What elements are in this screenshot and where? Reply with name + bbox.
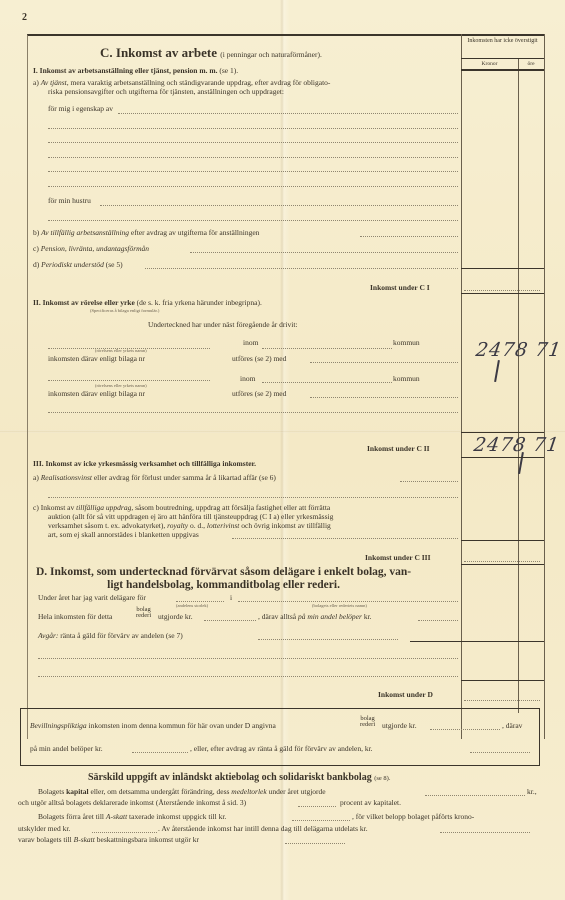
c-ii-income-1-field[interactable] bbox=[310, 362, 458, 363]
d-total-share: , därav alltså på min andel belöper kr. bbox=[258, 612, 372, 621]
d-box-field-1[interactable] bbox=[430, 729, 500, 730]
d-total-sum-field[interactable] bbox=[464, 700, 540, 701]
c-i-a-self-field-5[interactable] bbox=[48, 171, 458, 172]
c-ii-total-label: Inkomst under C II bbox=[367, 444, 430, 453]
c-iii-b-field[interactable] bbox=[48, 497, 458, 498]
special-dividend-field[interactable] bbox=[440, 832, 530, 833]
d-share-caption: (andelens storlek) bbox=[176, 603, 208, 608]
c-i-total-rule bbox=[461, 293, 544, 294]
c-i-a-self-field-2[interactable] bbox=[48, 128, 458, 129]
c-ii-extra-field[interactable] bbox=[48, 412, 458, 413]
special-line-5: varav bolagets till B-skatt beskattnings… bbox=[18, 835, 199, 844]
c-ii-heading: II. Inkomst av rörelse eller yrke (de s.… bbox=[33, 298, 262, 307]
special-line-4-b: . Av återstående inkomst har intill denn… bbox=[158, 824, 368, 833]
c-iii-c-field[interactable] bbox=[232, 538, 458, 539]
c-iii-sum-rule bbox=[461, 540, 544, 541]
c-ii-inom-1: inom bbox=[243, 338, 258, 347]
c-iii-total-field[interactable] bbox=[464, 561, 540, 562]
c-ii-income-1-label: inkomsten därav enligt bilaga nr bbox=[48, 354, 145, 363]
d-share-field[interactable] bbox=[176, 601, 224, 602]
c-ii-business-2-caption: (rörelsens eller yrkets namn) bbox=[95, 383, 147, 388]
c-ii-sum-rule bbox=[461, 432, 544, 433]
c-iii-total-label: Inkomst under C III bbox=[365, 553, 431, 562]
d-bolag-rederi-stack: bolag rederi bbox=[136, 607, 151, 619]
section-d-title: D. Inkomst, som undertecknad förvärvat s… bbox=[36, 566, 411, 592]
c-i-d-field[interactable] bbox=[145, 268, 458, 269]
d-deduct-rule bbox=[410, 641, 544, 642]
c-iii-c-line2: auktion (allt för så vitt uppdragen ej ä… bbox=[48, 512, 333, 521]
c-iii-c-line4: art, som ej skall annorstädes i blankett… bbox=[48, 530, 199, 539]
d-box-field-2[interactable] bbox=[132, 752, 188, 753]
c-i-a-self-field-6[interactable] bbox=[48, 186, 458, 187]
d-company-field[interactable] bbox=[238, 601, 458, 602]
c-ii-income-2-field[interactable] bbox=[310, 397, 458, 398]
c-ii-kommun-2: kommun bbox=[393, 374, 420, 383]
col-ore-label: öre bbox=[518, 61, 544, 67]
c-iii-heading: III. Inkomst av icke yrkesmässig verksam… bbox=[33, 459, 256, 468]
c-ii-business-1-caption: (rörelsens eller yrkets namn) bbox=[95, 348, 147, 353]
c-ii-utfores-2: utföres (se 2) med bbox=[232, 389, 286, 398]
special-section-title: Särskild uppgift av inländskt aktiebolag… bbox=[88, 772, 390, 783]
col-kronor-label: Kronor bbox=[461, 61, 518, 67]
c-i-a-self-field-3[interactable] bbox=[48, 142, 458, 143]
c-ii-business-2-field[interactable] bbox=[48, 380, 210, 381]
d-extra-field-2[interactable] bbox=[38, 676, 458, 677]
d-box-line2-b: , eller, efter avdrag av ränta å gäld fö… bbox=[190, 744, 373, 753]
d-box-utgjorde: utgjorde kr. bbox=[382, 721, 417, 730]
special-b-tax-field[interactable] bbox=[285, 843, 345, 844]
c-ii-entry-1-amount: 2478 71 bbox=[474, 339, 563, 361]
c-i-a-self-label: för mig i egenskap av bbox=[48, 104, 113, 113]
c-i-a-wife-field[interactable] bbox=[100, 205, 458, 206]
special-a-tax-field[interactable] bbox=[292, 820, 350, 821]
special-line-2-b: procent av kapitalet. bbox=[340, 798, 401, 807]
c-ii-kommun-2-field[interactable] bbox=[262, 382, 392, 383]
amount-header-rule bbox=[461, 58, 544, 59]
c-i-total-field[interactable] bbox=[464, 290, 540, 291]
c-i-b-field[interactable] bbox=[360, 236, 458, 237]
c-iii-c-line3: verksamhet såsom t. ex. advokatyrket), r… bbox=[48, 521, 331, 530]
d-share-amount-field[interactable] bbox=[418, 620, 458, 621]
c-i-a-line1: a) Av tjänst, mera varaktig arbetsanstäl… bbox=[33, 78, 330, 87]
c-i-c-field[interactable] bbox=[190, 252, 458, 253]
special-percent-field[interactable] bbox=[298, 806, 336, 807]
c-i-a-wife-label: för min hustru bbox=[48, 196, 91, 205]
d-extra-field-1[interactable] bbox=[38, 658, 458, 659]
special-kr: kr., bbox=[527, 787, 537, 796]
special-line-4: utskylder med kr. bbox=[18, 824, 70, 833]
d-box-darav: , därav bbox=[502, 721, 522, 730]
c-iii-a-line: a) Realisationsvinst eller avdrag för fö… bbox=[33, 473, 276, 482]
c-ii-utfores-1: utföres (se 2) med bbox=[232, 354, 286, 363]
c-iii-total-rule bbox=[461, 564, 544, 565]
d-total-utgjorde: utgjorde kr. bbox=[158, 612, 193, 621]
c-i-a-self-field-4[interactable] bbox=[48, 157, 458, 158]
amount-column-right-rule bbox=[544, 34, 545, 739]
d-box-field-3[interactable] bbox=[470, 752, 530, 753]
d-partner-i: i bbox=[230, 593, 232, 602]
c-ii-kommun-1-field[interactable] bbox=[262, 348, 392, 349]
c-i-sum-rule bbox=[461, 268, 544, 269]
d-box-line2-a: på min andel belöper kr. bbox=[30, 744, 103, 753]
c-i-a-wife-field-2[interactable] bbox=[48, 220, 458, 221]
c-i-b-line: b) Av tillfällig arbetsanställning efter… bbox=[33, 228, 259, 237]
d-deduct-field[interactable] bbox=[258, 639, 398, 640]
c-iii-c-line1: c) Inkomst av tillfälliga uppdrag, såsom… bbox=[33, 503, 330, 512]
d-deduct-line: Avgår: ränta å gäld för förvärv av andel… bbox=[38, 631, 183, 640]
amount-subheader-rule bbox=[461, 69, 544, 71]
d-total-label-sum: Inkomst under D bbox=[378, 690, 433, 699]
special-line-2: och utgör alltså bolagets deklarerade in… bbox=[18, 798, 246, 807]
c-ii-total-amount: 2478 71 bbox=[472, 434, 561, 456]
d-box-line1: Bevillningspliktiga inkomsten inom denna… bbox=[30, 721, 276, 730]
c-ii-inom-2: inom bbox=[240, 374, 255, 383]
c-ii-income-2-label: inkomsten därav enligt bilaga nr bbox=[48, 389, 145, 398]
special-capital-field[interactable] bbox=[425, 795, 525, 796]
special-line-1: Bolagets kapital eller, om detsamma unde… bbox=[38, 787, 326, 796]
d-total-field[interactable] bbox=[204, 620, 256, 621]
c-ii-heading-sub: (Specificeras å bilaga enligt formulär.) bbox=[90, 308, 159, 313]
c-i-a-self-field[interactable] bbox=[118, 113, 458, 114]
amount-column-divider bbox=[518, 58, 519, 713]
section-c-title: C. Inkomst av arbete (i penningar och na… bbox=[100, 45, 322, 61]
special-line-3-c: , för vilket belopp bolaget påförts kron… bbox=[352, 812, 474, 821]
c-ii-intro: Underteckned har under näst föregående å… bbox=[148, 320, 298, 329]
d-assessable-box bbox=[20, 708, 540, 766]
c-ii-total-rule bbox=[461, 457, 544, 458]
d-sum-rule bbox=[461, 680, 544, 681]
special-line-3: Bolagets förra året till A-skatt taxerad… bbox=[38, 812, 226, 821]
c-i-heading: I. Inkomst av arbetsanställning eller tj… bbox=[33, 66, 238, 75]
c-i-a-line2: riska pensionsavgifter och utgifterna fö… bbox=[48, 87, 284, 96]
amount-column-header: Inkomsten har icke överstigit bbox=[461, 38, 544, 45]
c-iii-a-field[interactable] bbox=[400, 481, 458, 482]
amount-column-left-rule bbox=[461, 34, 462, 739]
c-i-total-label: Inkomst under C I bbox=[370, 283, 430, 292]
page-number: 2 bbox=[22, 12, 27, 23]
c-ii-kommun-1: kommun bbox=[393, 338, 420, 347]
d-box-bolag-rederi-stack: bolag rederi bbox=[360, 716, 375, 728]
d-total-label: Hela inkomsten för detta bbox=[38, 612, 112, 621]
c-i-c-line: c) Pension, livränta, undantagsförmån bbox=[33, 244, 149, 253]
d-company-caption: (bolagets eller rederiets namn) bbox=[312, 603, 367, 608]
c-i-d-line: d) Periodiskt understöd (se 5) bbox=[33, 260, 123, 269]
special-tax-field[interactable] bbox=[92, 832, 157, 833]
d-partner-label: Under året har jag varit delägare för bbox=[38, 593, 146, 602]
